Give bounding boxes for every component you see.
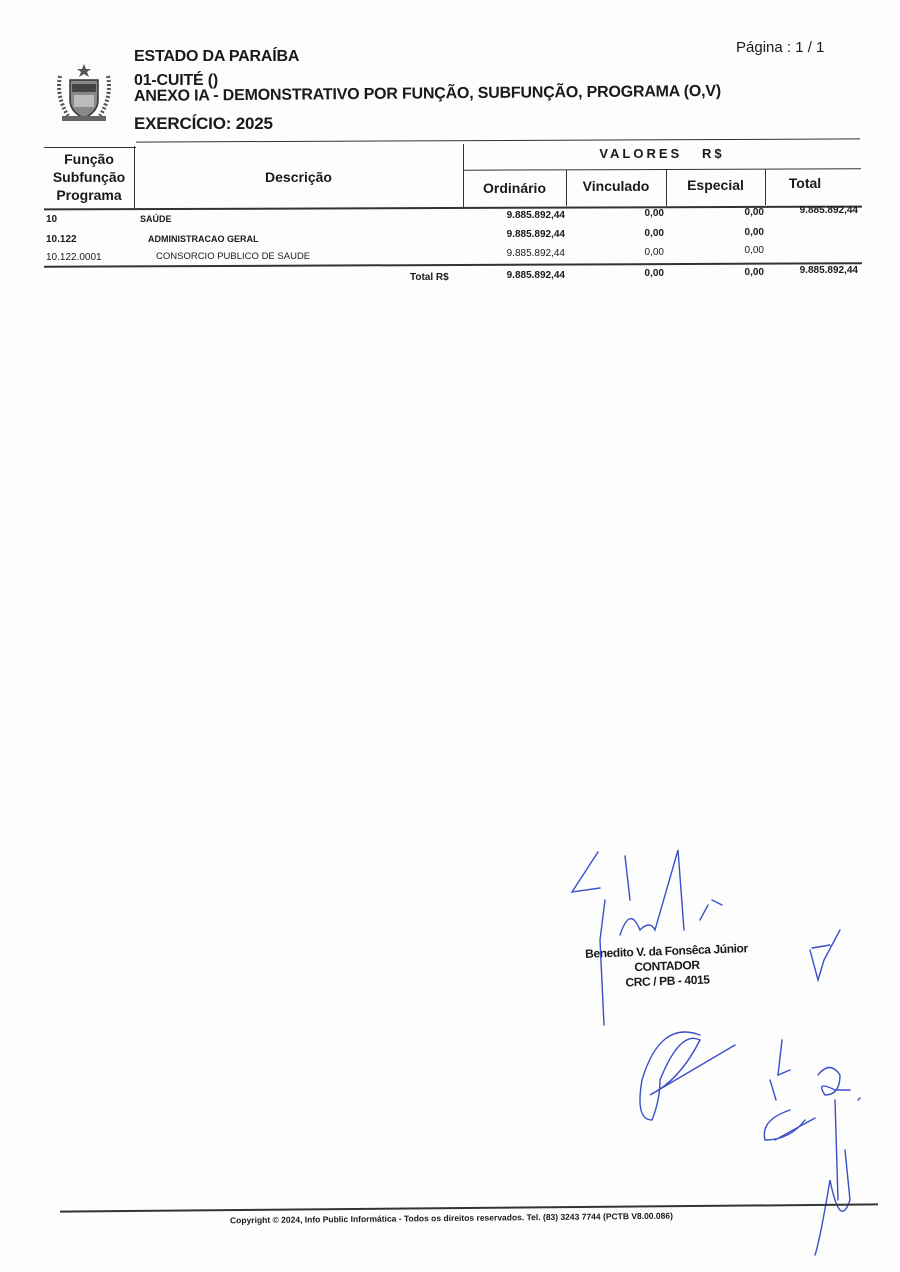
handwritten-signatures-icon xyxy=(0,0,900,1272)
